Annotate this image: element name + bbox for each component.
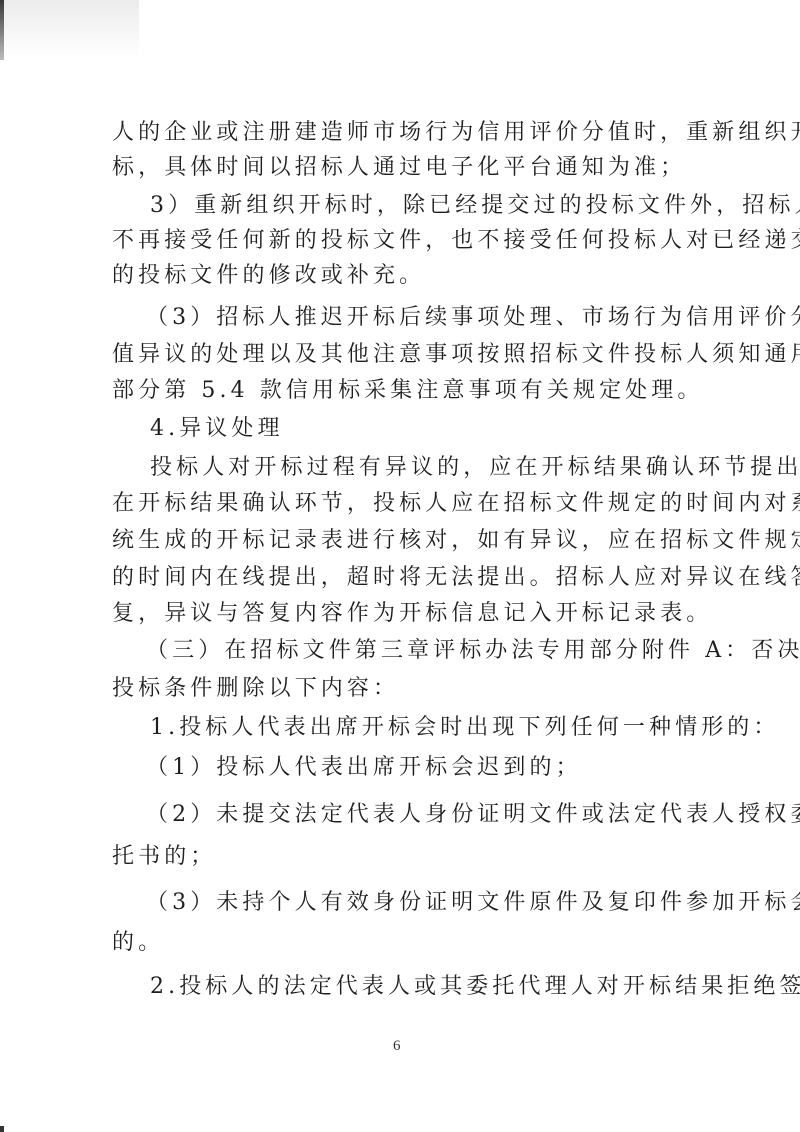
paragraph-line: 在开标结果确认环节，投标人应在招标文件规定的时间内对系 <box>112 491 800 517</box>
list-item: （2）未提交法定代表人身份证明文件或法定代表人授权委 <box>146 802 800 828</box>
list-item-continuation: 的。 <box>112 930 164 956</box>
paragraph-line: 1.投标人代表出席开标会时出现下列任何一种情形的： <box>150 715 780 741</box>
paragraph-line: 统生成的开标记录表进行核对，如有异议，应在招标文件规定 <box>112 528 800 554</box>
paragraph-line: 投标人对开标过程有异议的，应在开标结果确认环节提出。 <box>150 455 800 481</box>
paragraph-line: 标，具体时间以招标人通过电子化平台通知为准； <box>112 155 686 181</box>
paragraph-line: 2.投标人的法定代表人或其委托代理人对开标结果拒绝签 <box>150 974 800 1000</box>
list-item: （3）未持个人有效身份证明文件原件及复印件参加开标会 <box>146 890 800 916</box>
paragraph-line: 的时间内在线提出，超时将无法提出。招标人应对异议在线答 <box>112 565 800 591</box>
paragraph-line: 人的企业或注册建造师市场行为信用评价分值时，重新组织开 <box>112 120 800 146</box>
list-item-continuation: 托书的； <box>112 844 216 870</box>
paragraph-line: 不再接受任何新的投标文件，也不接受任何投标人对已经递交 <box>112 228 800 254</box>
page-number: 6 <box>393 1038 401 1055</box>
paragraph-line: 值异议的处理以及其他注意事项按照招标文件投标人须知通用 <box>112 342 800 368</box>
paragraph-line: （三）在招标文件第三章评标办法专用部分附件 A：否决 <box>146 638 800 664</box>
paragraph-line: 部分第 5.4 款信用标采集注意事项有关规定处理。 <box>112 378 703 404</box>
paragraph-line: （3）招标人推迟开标后续事项处理、市场行为信用评价分 <box>146 305 800 331</box>
paragraph-line: 3）重新组织开标时，除已经提交过的投标文件外，招标人 <box>150 193 800 219</box>
list-item: （1）投标人代表出席开标会迟到的； <box>146 755 582 781</box>
section-heading: 4.异议处理 <box>150 416 284 442</box>
paragraph-line: 的投标文件的修改或补充。 <box>112 263 425 289</box>
paragraph-line: 投标条件删除以下内容： <box>112 676 399 702</box>
document-page: 人的企业或注册建造师市场行为信用评价分值时，重新组织开 标，具体时间以招标人通过… <box>0 0 800 1132</box>
paragraph-line: 复，异议与答复内容作为开标信息记入开标记录表。 <box>112 601 712 627</box>
